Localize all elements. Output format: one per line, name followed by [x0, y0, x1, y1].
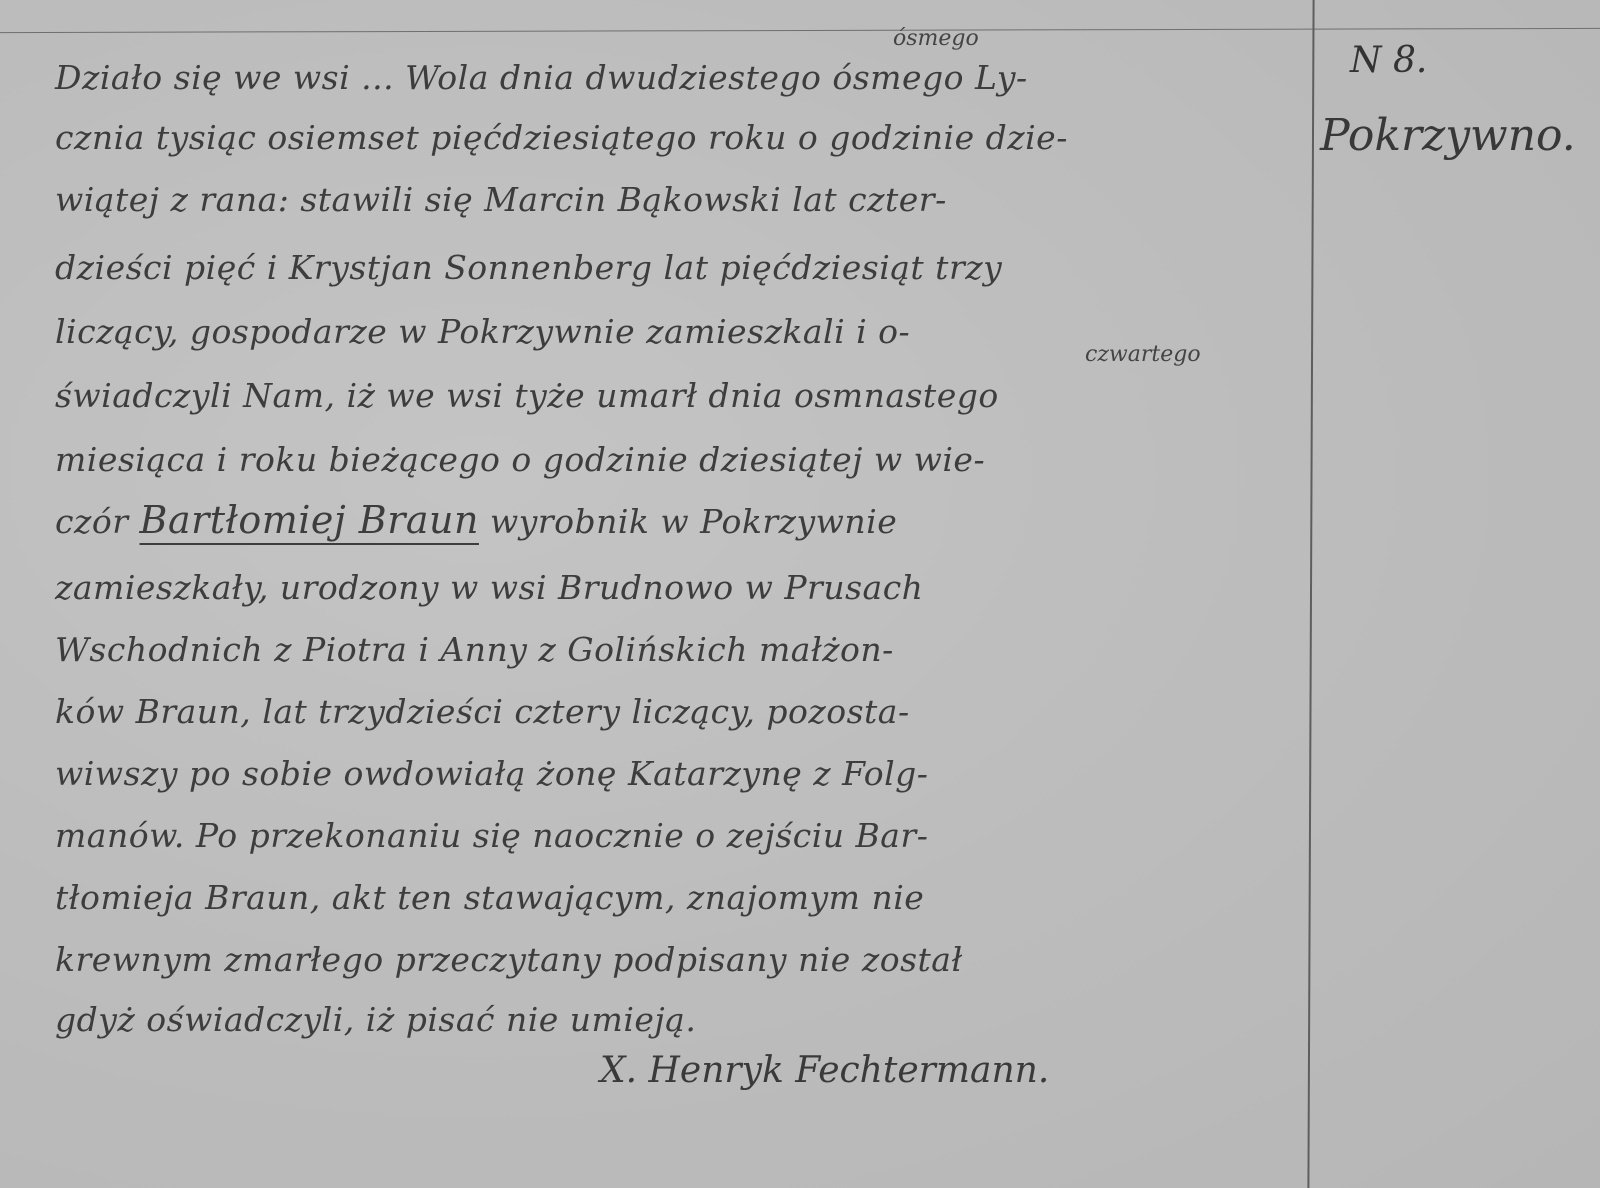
record-line: Wschodnich z Piotra i Anny z Golińskich …	[55, 630, 894, 669]
record-line-text: czór Bartłomiej Braun wyrobnik w Pokrzyw…	[55, 502, 897, 541]
record-line: miesiąca i roku bieżącego o godzinie dzi…	[55, 440, 985, 479]
deceased-name: Bartłomiej Braun	[140, 498, 479, 542]
record-line: manów. Po przekonaniu się naocznie o zej…	[55, 816, 928, 855]
interlinear-note: ósmego	[893, 26, 979, 51]
record-number: N 8.	[1350, 40, 1427, 81]
record-line: zamieszkały, urodzony w wsi Brudnowo w P…	[55, 568, 923, 607]
record-line: dzieści pięć i Krystjan Sonnenberg lat p…	[55, 248, 1002, 287]
record-line: ków Braun, lat trzydzieści cztery licząc…	[55, 692, 910, 731]
record-line: wiwszy po sobie owdowiałą żonę Katarzynę…	[55, 754, 928, 793]
column-divider	[1307, 0, 1314, 1188]
place-name: Pokrzywno.	[1320, 110, 1576, 161]
record-line: krewnym zmarłego przeczytany podpisany n…	[55, 940, 963, 979]
record-line: tłomieja Braun, akt ten stawającym, znaj…	[55, 878, 924, 917]
record-line: liczący, gospodarze w Pokrzywnie zamiesz…	[55, 312, 910, 351]
record-line: cznia tysiąc osiemset pięćdziesiątego ro…	[55, 118, 1068, 157]
interlinear-note: czwartego	[1085, 342, 1201, 367]
scanned-page: ósmego Działo się we wsi ... Wola dnia d…	[0, 0, 1600, 1188]
record-line: wiątej z rana: stawili się Marcin Bąkows…	[55, 180, 947, 219]
record-line: Działo się we wsi ... Wola dnia dwudzies…	[55, 58, 1028, 97]
record-line: gdyż oświadczyli, iż pisać nie umieją.	[55, 1000, 696, 1039]
ruled-line-top	[0, 28, 1600, 33]
record-line: świadczyli Nam, iż we wsi tyże umarł dni…	[55, 376, 999, 415]
signature: X. Henryk Fechtermann.	[600, 1050, 1049, 1091]
record-line: czór Bartłomiej Braun wyrobnik w Pokrzyw…	[55, 498, 897, 542]
